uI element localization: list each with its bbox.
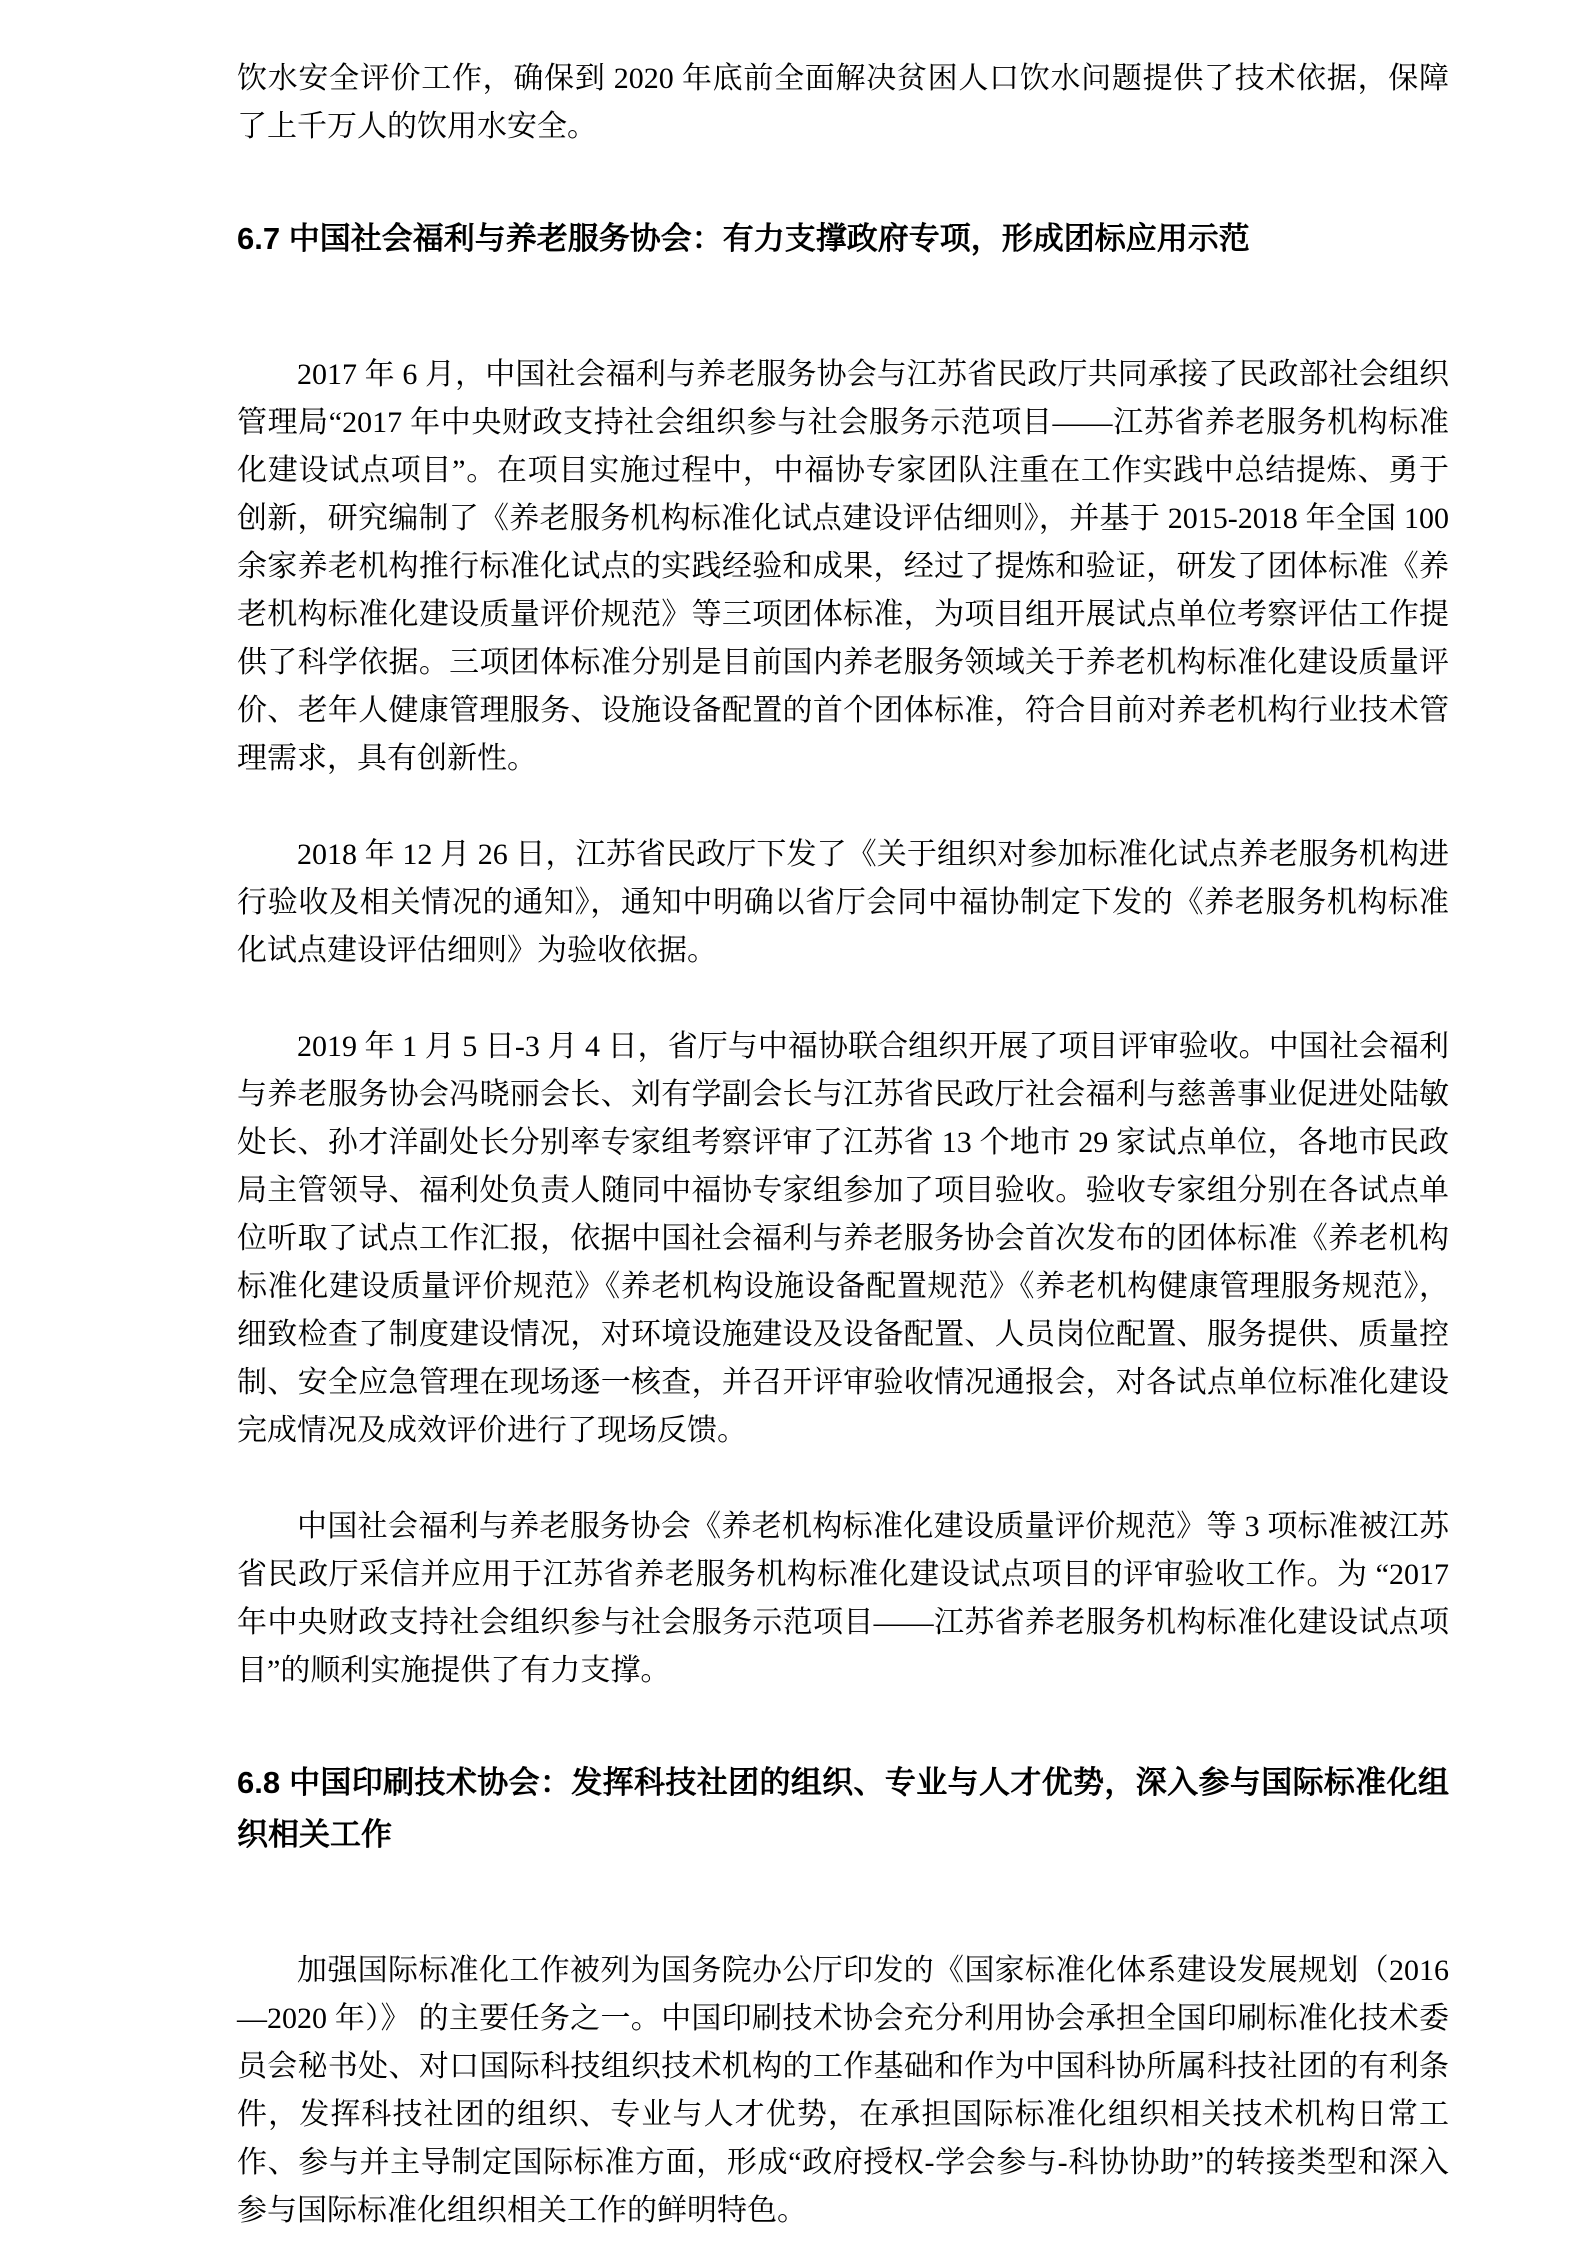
paragraph-drinking-water-continued: 饮水安全评价工作，确保到 2020 年底前全面解决贫困人口饮水问题提供了技术依据… bbox=[237, 55, 1449, 151]
heading-section-6-8: 6.8 中国印刷技术协会：发挥科技社团的组织、专业与人才优势，深入参与国际标准化… bbox=[237, 1757, 1449, 1861]
document-page: 饮水安全评价工作，确保到 2020 年底前全面解决贫困人口饮水问题提供了技术依据… bbox=[0, 0, 1587, 2245]
paragraph-6-7-notice-2018: 2018 年 12 月 26 日，江苏省民政厅下发了《关于组织对参加标准化试点养… bbox=[237, 831, 1449, 975]
paragraph-6-8-international-standardization: 加强国际标准化工作被列为国务院办公厅印发的《国家标准化体系建设发展规划（2016… bbox=[237, 1947, 1449, 2235]
heading-section-6-7: 6.7 中国社会福利与养老服务协会：有力支撑政府专项，形成团标应用示范 bbox=[237, 213, 1449, 265]
paragraph-6-7-review-2019: 2019 年 1 月 5 日-3 月 4 日，省厅与中福协联合组织开展了项目评审… bbox=[237, 1023, 1449, 1455]
paragraph-6-7-project-background: 2017 年 6 月，中国社会福利与养老服务协会与江苏省民政厅共同承接了民政部社… bbox=[237, 351, 1449, 783]
paragraph-6-7-standards-adoption: 中国社会福利与养老服务协会《养老机构标准化建设质量评价规范》等 3 项标准被江苏… bbox=[237, 1503, 1449, 1695]
